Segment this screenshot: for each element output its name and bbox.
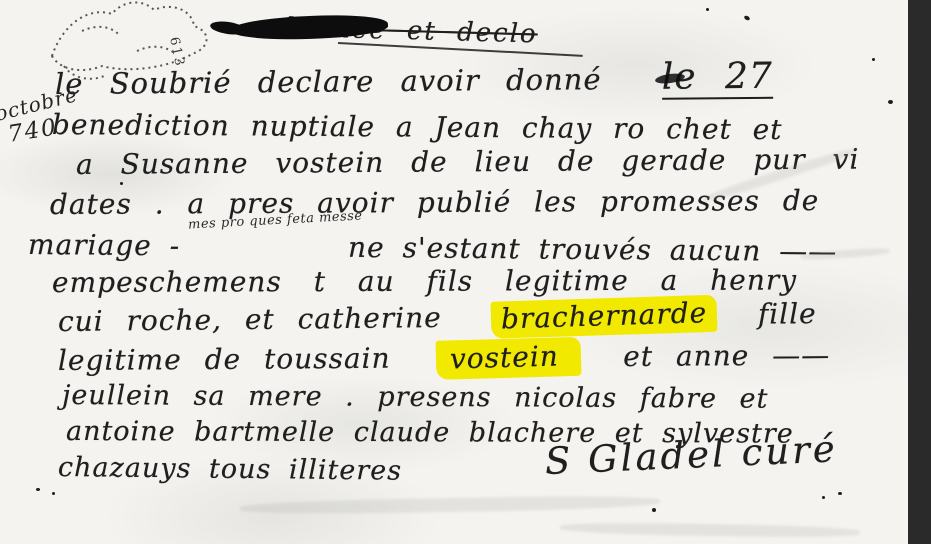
- manuscript-scan: 613 sublimée et declo octobre 740 le Sou…: [0, 0, 931, 544]
- record-line-5: mariage - ne s'estant trouvés aucun ——: [28, 228, 838, 268]
- ink-speck: [706, 8, 709, 11]
- ink-speck: [822, 496, 825, 499]
- ink-speck: [888, 100, 893, 104]
- record-line-1-text: le Soubrié declare avoir donné: [55, 62, 602, 101]
- record-line-5-word: mariage -: [28, 228, 180, 262]
- record-line-5-rest: ne s'estant trouvés aucun ——: [348, 231, 837, 268]
- ink-speck: [120, 182, 123, 185]
- ink-speck: [872, 58, 875, 61]
- record-line-8-post: et anne ——: [623, 339, 830, 373]
- scan-border: [908, 0, 931, 544]
- record-line-6: empeschemens t au fils legitime a henry: [52, 263, 797, 299]
- record-line-3: a Susanne vostein de lieu de gerade pur …: [76, 143, 860, 181]
- ink-speck: [838, 492, 842, 495]
- record-line-11: chazauys tous illiteres: [58, 452, 402, 487]
- highlighted-surname-vostein: vostein: [435, 337, 581, 380]
- ink-speck: [652, 508, 656, 512]
- record-line-2: benediction nuptiale a Jean chay ro chet…: [52, 108, 783, 146]
- ink-speck: [36, 488, 40, 491]
- record-line-7-post: fille: [758, 297, 817, 331]
- ink-speck: [52, 492, 55, 495]
- record-line-7-pre: cui roche, et catherine: [58, 301, 442, 338]
- record-line-8: legitime de toussain vostein et anne ——: [58, 337, 830, 381]
- record-line-9: jeullein sa mere . presens nicolas fabre…: [62, 380, 769, 415]
- record-line-8-pre: legitime de toussain: [58, 342, 391, 377]
- highlighted-surname-bride: brachernarde: [490, 295, 717, 339]
- record-line-4: dates . a pres avoir publié les promesse…: [50, 184, 819, 221]
